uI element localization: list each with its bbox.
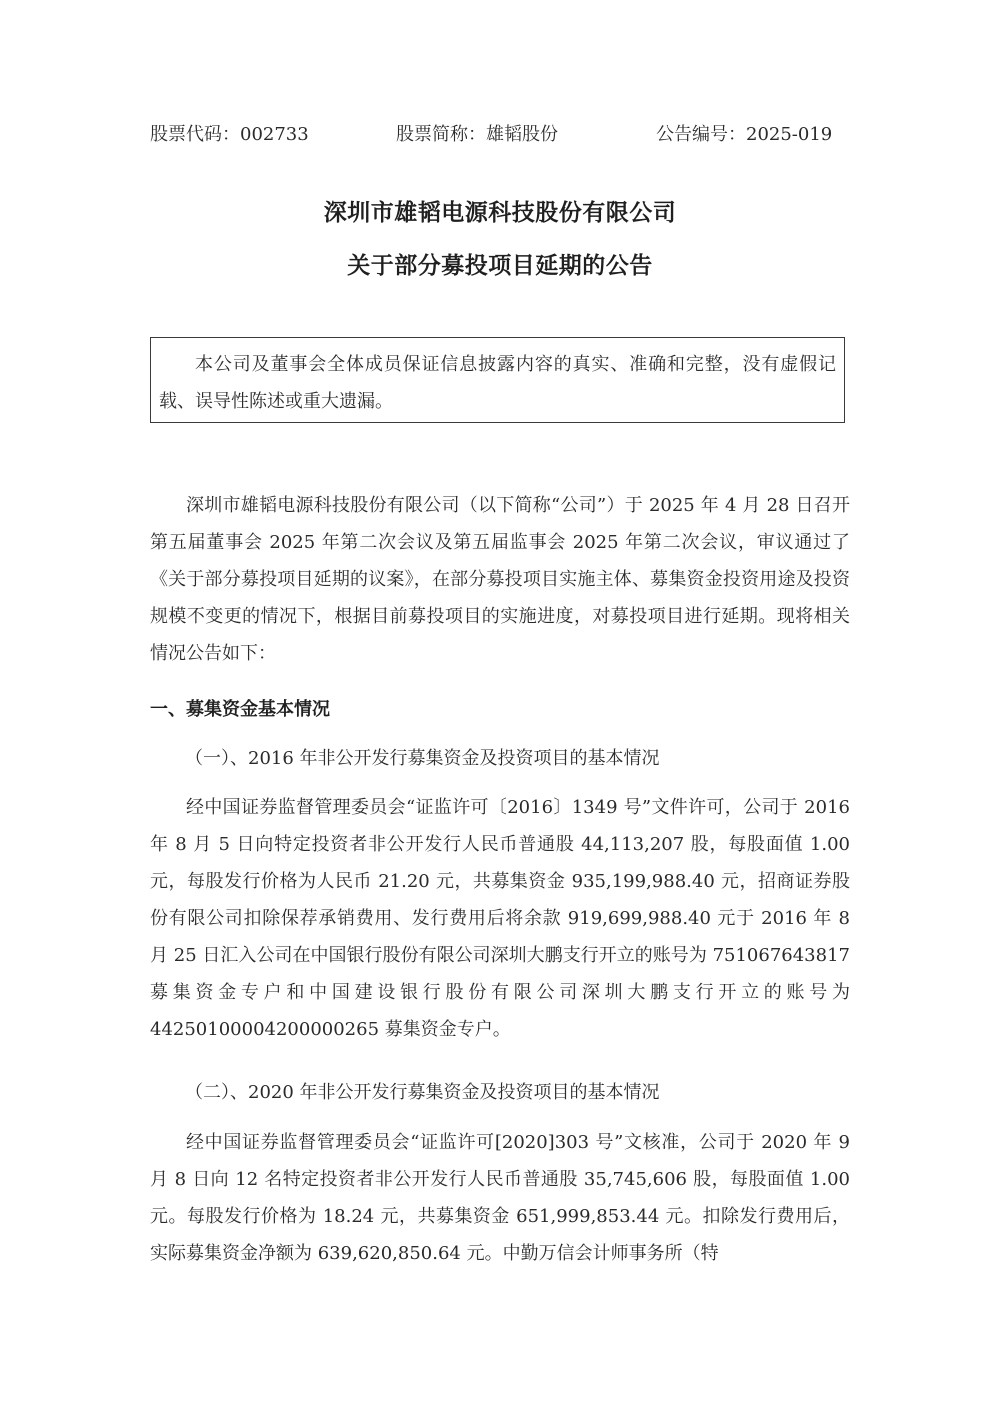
- disclosure-notice-box: 本公司及董事会全体成员保证信息披露内容的真实、准确和完整，没有虚假记载、误导性陈…: [150, 337, 845, 423]
- section-heading-fundraising: 一、募集资金基本情况: [150, 695, 330, 725]
- stock-code: 股票代码：002733: [150, 120, 309, 150]
- subsection-heading-2016: （一）、2016 年非公开发行募集资金及投资项目的基本情况: [185, 744, 660, 774]
- intro-section: 深圳市雄韬电源科技股份有限公司（以下简称“公司”）于 2025 年 4 月 28…: [150, 487, 850, 672]
- paragraph-2020-offering: 经中国证券监督管理委员会“证监许可[2020]303 号”文核准，公司于 202…: [150, 1124, 850, 1272]
- subsection-2016: 经中国证券监督管理委员会“证监许可〔2016〕1349 号”文件许可，公司于 2…: [150, 789, 850, 1048]
- subsection-2020: 经中国证券监督管理委员会“证监许可[2020]303 号”文核准，公司于 202…: [150, 1124, 850, 1272]
- company-title: 深圳市雄韬电源科技股份有限公司: [0, 196, 1000, 230]
- announcement-number: 公告编号：2025-019: [656, 120, 832, 150]
- intro-paragraph: 深圳市雄韬电源科技股份有限公司（以下简称“公司”）于 2025 年 4 月 28…: [150, 487, 850, 672]
- stock-abbreviation: 股票简称：雄韬股份: [396, 120, 558, 150]
- disclosure-notice-text: 本公司及董事会全体成员保证信息披露内容的真实、准确和完整，没有虚假记载、误导性陈…: [159, 346, 836, 420]
- announcement-subject: 关于部分募投项目延期的公告: [0, 249, 1000, 283]
- paragraph-2016-offering: 经中国证券监督管理委员会“证监许可〔2016〕1349 号”文件许可，公司于 2…: [150, 789, 850, 1048]
- announcement-header: 股票代码：002733 股票简称：雄韬股份 公告编号：2025-019: [150, 120, 850, 150]
- document-page: 股票代码：002733 股票简称：雄韬股份 公告编号：2025-019 深圳市雄…: [0, 0, 1000, 1414]
- subsection-heading-2020: （二）、2020 年非公开发行募集资金及投资项目的基本情况: [185, 1078, 660, 1108]
